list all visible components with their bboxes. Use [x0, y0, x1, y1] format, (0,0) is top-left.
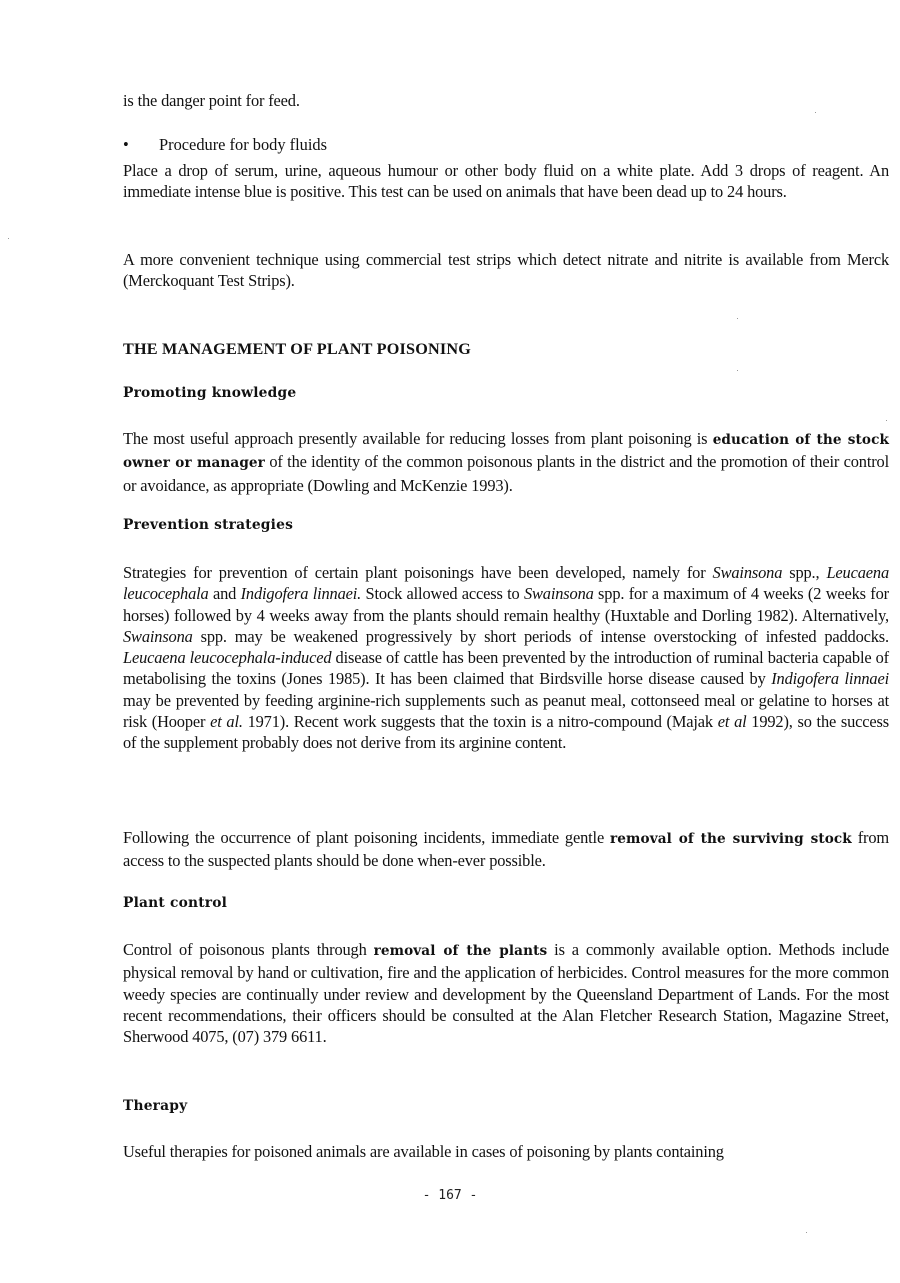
subheading-plant-control: Plant control	[123, 895, 889, 911]
text-run: Place a drop of serum, urine, aqueous hu…	[123, 161, 889, 201]
scan-speck	[737, 318, 738, 319]
text-run: Useful therapies for poisoned animals ar…	[123, 1142, 724, 1161]
emphasis-italic: et al.	[210, 712, 243, 731]
paragraph-following: Following the occurrence of plant poison…	[123, 827, 889, 872]
scan-speck	[815, 112, 816, 113]
paragraph-body-fluids: Place a drop of serum, urine, aqueous hu…	[123, 160, 889, 203]
text-run: spp. may be weakened progressively by sh…	[193, 627, 889, 646]
document-page: is the danger point for feed. •Procedure…	[0, 0, 900, 1283]
text-run: The most useful approach presently avail…	[123, 429, 713, 448]
paragraph-prevention-strategies: Strategies for prevention of certain pla…	[123, 562, 889, 754]
paragraph-plant-control: Control of poisonous plants through remo…	[123, 939, 889, 1047]
text-run: is the danger point for feed.	[123, 91, 300, 110]
page-number: - 167 -	[0, 1188, 900, 1203]
emphasis-bold: removal of the plants	[374, 943, 548, 959]
scan-speck	[8, 238, 9, 239]
emphasis-italic: Leucaena leucocephala-induced	[123, 648, 331, 667]
scan-speck	[886, 420, 887, 421]
paragraph-intro: is the danger point for feed.	[123, 90, 889, 111]
emphasis-italic: Indigofera linnaei.	[241, 584, 362, 603]
text-run: A more convenient technique using commer…	[123, 250, 889, 290]
emphasis-bold: removal of the surviving stock	[610, 831, 852, 847]
text-run: Control of poisonous plants through	[123, 940, 374, 959]
subheading-promoting-knowledge: Promoting knowledge	[123, 385, 889, 401]
text-run: Strategies for prevention of certain pla…	[123, 563, 713, 582]
subheading-therapy: Therapy	[123, 1098, 889, 1114]
paragraph-therapy: Useful therapies for poisoned animals ar…	[123, 1141, 889, 1162]
subheading-prevention-strategies: Prevention strategies	[123, 517, 889, 533]
paragraph-merck: A more convenient technique using commer…	[123, 249, 889, 292]
bullet-item-body-fluids: •Procedure for body fluids	[123, 134, 889, 155]
emphasis-italic: Indigofera linnaei	[771, 669, 889, 688]
section-heading-management: THE MANAGEMENT OF PLANT POISONING	[123, 340, 889, 359]
text-run: Following the occurrence of plant poison…	[123, 828, 610, 847]
text-run: spp.,	[782, 563, 826, 582]
paragraph-promoting-knowledge: The most useful approach presently avail…	[123, 428, 889, 496]
text-run: and	[209, 584, 241, 603]
emphasis-italic: et al	[718, 712, 747, 731]
text-run: 1971). Recent work suggests that the tox…	[243, 712, 718, 731]
emphasis-italic: Swainsona	[713, 563, 783, 582]
bullet-text: Procedure for body fluids	[159, 135, 327, 154]
bullet-icon: •	[123, 134, 159, 155]
scan-speck	[737, 370, 738, 371]
emphasis-italic: Swainsona	[123, 627, 193, 646]
scan-speck	[806, 1232, 807, 1233]
text-run: Stock allowed access to	[361, 584, 524, 603]
emphasis-italic: Swainsona	[524, 584, 594, 603]
